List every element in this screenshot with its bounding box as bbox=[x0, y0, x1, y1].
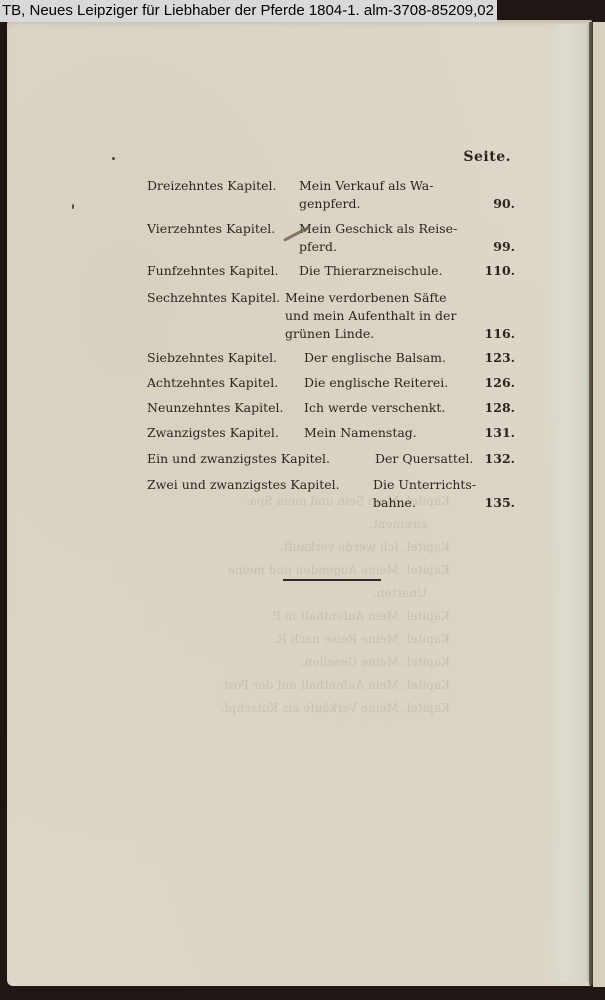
page-number: 110. bbox=[485, 262, 515, 280]
scan-viewer: TB, Neues Leipziger für Liebhaber der Pf… bbox=[0, 0, 605, 1000]
scan-title-banner: TB, Neues Leipziger für Liebhaber der Pf… bbox=[0, 0, 497, 22]
chapter-label: Ein und zwanzigstes Kapitel. bbox=[147, 450, 330, 468]
chapter-title: Meine verdorbenen Säfte und mein Aufenth… bbox=[285, 289, 456, 343]
page-edge-shading bbox=[548, 24, 592, 982]
bleed-through-text: Kapitel. Mein Sein und mein Spa- ziremen… bbox=[150, 490, 450, 760]
chapter-label: Siebzehntes Kapitel. bbox=[147, 349, 277, 367]
speck bbox=[72, 204, 74, 209]
chapter-title: Mein Geschick als Reise- pferd. bbox=[299, 220, 457, 256]
chapter-title: Die Thierarzneischule. bbox=[299, 262, 443, 280]
chapter-label: Neunzehntes Kapitel. bbox=[147, 399, 284, 417]
chapter-title: Ich werde verschenkt. bbox=[304, 399, 445, 417]
gutter-fold bbox=[589, 22, 593, 985]
page-column-header: Seite. bbox=[463, 149, 511, 165]
page-number: 116. bbox=[485, 325, 515, 343]
chapter-title: Mein Namenstag. bbox=[304, 424, 417, 442]
chapter-label: Sechzehntes Kapitel. bbox=[147, 289, 280, 307]
page-number: 132. bbox=[485, 450, 515, 468]
page-number: 90. bbox=[493, 195, 515, 213]
chapter-label: Zwanzigstes Kapitel. bbox=[147, 424, 279, 442]
page-number: 126. bbox=[485, 374, 515, 392]
chapter-title: Der Quersattel. bbox=[375, 450, 473, 468]
adjacent-page-edge bbox=[593, 22, 605, 987]
chapter-label: Zwei und zwanzigstes Kapitel. bbox=[147, 476, 340, 494]
speck bbox=[112, 157, 115, 160]
chapter-title: Die englische Reiterei. bbox=[304, 374, 448, 392]
chapter-label: Vierzehntes Kapitel. bbox=[147, 220, 275, 238]
page-number: 128. bbox=[485, 399, 515, 417]
page-number: 99. bbox=[493, 238, 515, 256]
chapter-label: Achtzehntes Kapitel. bbox=[147, 374, 278, 392]
end-rule-divider bbox=[283, 579, 381, 581]
chapter-label: Funfzehntes Kapitel. bbox=[147, 262, 278, 280]
page-number: 135. bbox=[485, 494, 515, 512]
page-number: 131. bbox=[485, 424, 515, 442]
page-number: 123. bbox=[485, 349, 515, 367]
chapter-title: Mein Verkauf als Wa- genpferd. bbox=[299, 177, 433, 213]
chapter-label: Dreizehntes Kapitel. bbox=[147, 177, 276, 195]
chapter-title: Der englische Balsam. bbox=[304, 349, 446, 367]
chapter-title: Die Unterrichts- bahne. bbox=[373, 476, 476, 512]
